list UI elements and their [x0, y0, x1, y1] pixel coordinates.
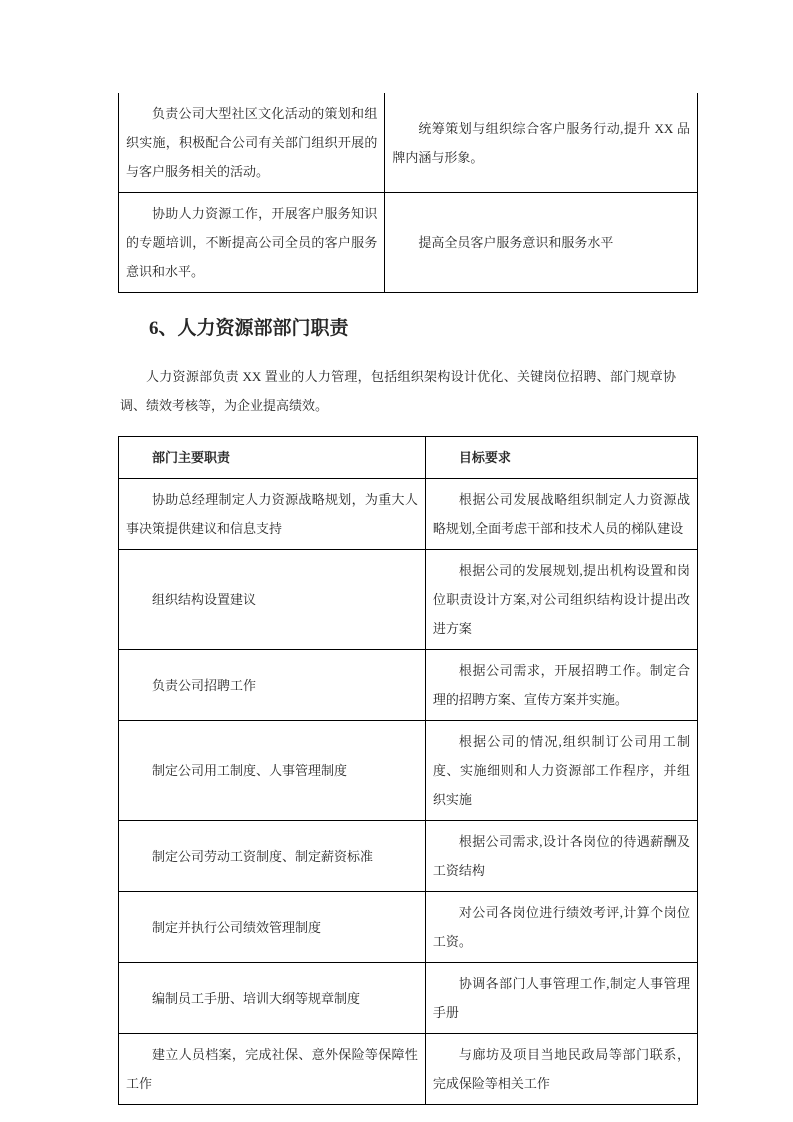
table-row: 制定并执行公司绩效管理制度 对公司各岗位进行绩效考评,计算个岗位工资。 — [119, 892, 698, 963]
duty-cell: 协助人力资源工作，开展客户服务知识的专题培训，不断提高公司全员的客户服务意识和水… — [119, 193, 385, 293]
table-row: 编制员工手册、培训大纲等规章制度 协调各部门人事管理工作,制定人事管理手册 — [119, 963, 698, 1034]
duty-text: 制定并执行公司绩效管理制度 — [126, 913, 418, 942]
goal-text: 根据公司需求，开展招聘工作。制定合理的招聘方案、宣传方案并实施。 — [433, 656, 690, 714]
duty-cell: 制定公司用工制度、人事管理制度 — [119, 721, 426, 821]
duty-cell: 负责公司大型社区文化活动的策划和组织实施，积极配合公司有关部门组织开展的与客户服… — [119, 93, 385, 193]
table-row: 协助人力资源工作，开展客户服务知识的专题培训，不断提高公司全员的客户服务意识和水… — [119, 193, 698, 293]
goal-text: 提高全员客户服务意识和服务水平 — [392, 228, 690, 257]
table-row: 协助总经理制定人力资源战略规划，为重大人事决策提供建议和信息支持 根据公司发展战… — [119, 479, 698, 550]
duty-text: 组织结构设置建议 — [126, 585, 418, 614]
duty-cell: 组织结构设置建议 — [119, 550, 426, 650]
goal-text: 与廊坊及项目当地民政局等部门联系，完成保险等相关工作 — [433, 1040, 690, 1098]
duty-text: 制定公司劳动工资制度、制定薪资标准 — [126, 842, 418, 871]
duty-text: 编制员工手册、培训大纲等规章制度 — [126, 984, 418, 1013]
goal-cell: 统筹策划与组织综合客户服务行动,提升 XX 品牌内涵与形象。 — [385, 93, 698, 193]
duty-text: 负责公司大型社区文化活动的策划和组织实施，积极配合公司有关部门组织开展的与客户服… — [126, 99, 377, 186]
duty-cell: 制定公司劳动工资制度、制定薪资标准 — [119, 821, 426, 892]
goal-text: 根据公司需求,设计各岗位的待遇薪酬及工资结构 — [433, 827, 690, 885]
goal-cell: 根据公司需求，开展招聘工作。制定合理的招聘方案、宣传方案并实施。 — [425, 650, 697, 721]
section-heading: 6、人力资源部部门职责 — [149, 316, 698, 342]
goal-header-text: 目标要求 — [433, 443, 690, 472]
duty-cell: 编制员工手册、培训大纲等规章制度 — [119, 963, 426, 1034]
duty-cell: 制定并执行公司绩效管理制度 — [119, 892, 426, 963]
goal-cell: 根据公司需求,设计各岗位的待遇薪酬及工资结构 — [425, 821, 697, 892]
duty-cell: 协助总经理制定人力资源战略规划，为重大人事决策提供建议和信息支持 — [119, 479, 426, 550]
duty-text: 制定公司用工制度、人事管理制度 — [126, 756, 418, 785]
goal-cell: 根据公司的发展规划,提出机构设置和岗位职责设计方案,对公司组织结构设计提出改进方… — [425, 550, 697, 650]
table-row: 制定公司劳动工资制度、制定薪资标准 根据公司需求,设计各岗位的待遇薪酬及工资结构 — [119, 821, 698, 892]
goal-text: 根据公司的情况,组织制订公司用工制度、实施细则和人力资源部工作程序，并组织实施 — [433, 727, 690, 814]
duty-text: 建立人员档案，完成社保、意外保险等保障性工作 — [126, 1040, 418, 1098]
goal-cell: 与廊坊及项目当地民政局等部门联系，完成保险等相关工作 — [425, 1034, 697, 1105]
goal-cell: 对公司各岗位进行绩效考评,计算个岗位工资。 — [425, 892, 697, 963]
goal-text: 根据公司发展战略组织制定人力资源战略规划,全面考虑干部和技术人员的梯队建设 — [433, 485, 690, 543]
hr-duty-table: 部门主要职责 目标要求 协助总经理制定人力资源战略规划，为重大人事决策提供建议和… — [118, 436, 698, 1105]
duty-cell: 建立人员档案，完成社保、意外保险等保障性工作 — [119, 1034, 426, 1105]
duty-header-text: 部门主要职责 — [126, 443, 418, 472]
duty-text: 协助人力资源工作，开展客户服务知识的专题培训，不断提高公司全员的客户服务意识和水… — [126, 199, 377, 286]
duty-header-cell: 部门主要职责 — [119, 437, 426, 479]
table-row: 制定公司用工制度、人事管理制度 根据公司的情况,组织制订公司用工制度、实施细则和… — [119, 721, 698, 821]
goal-text: 对公司各岗位进行绩效考评,计算个岗位工资。 — [433, 898, 690, 956]
duty-text: 协助总经理制定人力资源战略规划，为重大人事决策提供建议和信息支持 — [126, 485, 418, 543]
document-page: 负责公司大型社区文化活动的策划和组织实施，积极配合公司有关部门组织开展的与客户服… — [0, 0, 793, 1122]
table-header-row: 部门主要职责 目标要求 — [119, 437, 698, 479]
goal-cell: 根据公司的情况,组织制订公司用工制度、实施细则和人力资源部工作程序，并组织实施 — [425, 721, 697, 821]
goal-text: 协调各部门人事管理工作,制定人事管理手册 — [433, 969, 690, 1027]
goal-cell: 根据公司发展战略组织制定人力资源战略规划,全面考虑干部和技术人员的梯队建设 — [425, 479, 697, 550]
duty-table-container: 部门主要职责 目标要求 协助总经理制定人力资源战略规划，为重大人事决策提供建议和… — [118, 436, 698, 1105]
duty-text: 负责公司招聘工作 — [126, 671, 418, 700]
goal-text: 统筹策划与组织综合客户服务行动,提升 XX 品牌内涵与形象。 — [392, 114, 690, 172]
goal-cell: 协调各部门人事管理工作,制定人事管理手册 — [425, 963, 697, 1034]
continuation-duty-table: 负责公司大型社区文化活动的策划和组织实施，积极配合公司有关部门组织开展的与客户服… — [118, 93, 698, 293]
table-row: 组织结构设置建议 根据公司的发展规划,提出机构设置和岗位职责设计方案,对公司组织… — [119, 550, 698, 650]
goal-cell: 提高全员客户服务意识和服务水平 — [385, 193, 698, 293]
goal-header-cell: 目标要求 — [425, 437, 697, 479]
duty-cell: 负责公司招聘工作 — [119, 650, 426, 721]
table-row: 负责公司招聘工作 根据公司需求，开展招聘工作。制定合理的招聘方案、宣传方案并实施… — [119, 650, 698, 721]
table-row: 负责公司大型社区文化活动的策划和组织实施，积极配合公司有关部门组织开展的与客户服… — [119, 93, 698, 193]
section-intro-paragraph: 人力资源部负责 XX 置业的人力管理，包括组织架构设计优化、关键岗位招聘、部门规… — [120, 362, 676, 420]
goal-text: 根据公司的发展规划,提出机构设置和岗位职责设计方案,对公司组织结构设计提出改进方… — [433, 556, 690, 643]
table-row: 建立人员档案，完成社保、意外保险等保障性工作 与廊坊及项目当地民政局等部门联系，… — [119, 1034, 698, 1105]
